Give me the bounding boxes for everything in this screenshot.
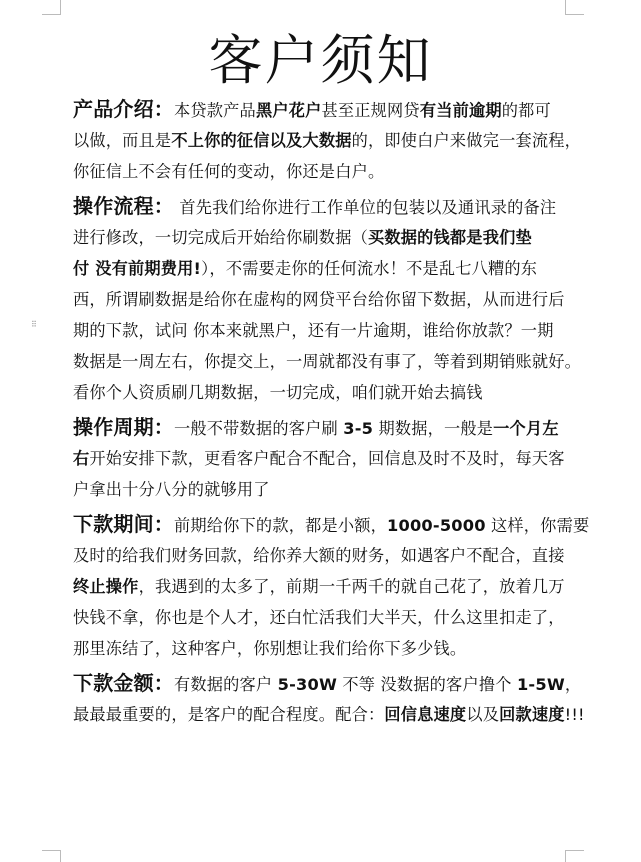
section-disbursement-period: 下款期间：前期给你下的款，都是小额，1000-5000 这样，你需要及时的给我们… <box>73 509 583 664</box>
section-disbursement-amount: 下款金额：有数据的客户 5-30W 不等 没数据的客户撸个 1-5W，最最最重要… <box>73 668 583 730</box>
text-line: 终止操作，我遇到的太多了，前期一千两千的就自己花了，放着几万 <box>73 571 583 602</box>
page-title: 客户须知 <box>0 18 641 95</box>
section-operation-process: 操作流程： 首先我们给你进行工作单位的包装以及通讯录的备注进行修改，一切完成后开… <box>73 191 583 408</box>
emphasized-text: 付 没有前期费用! <box>73 259 201 278</box>
text-line: 那里冻结了，这种客户，你别想让我们给你下多少钱。 <box>73 633 583 664</box>
body-text: 你征信上不会有任何的变动，你还是白户。 <box>73 162 384 181</box>
body-text: ， <box>565 675 581 694</box>
body-text: !!! <box>565 705 585 724</box>
text-line: 你征信上不会有任何的变动，你还是白户。 <box>73 156 583 187</box>
section-heading: 操作流程： <box>73 194 174 218</box>
body-text: 期数据，一般是 <box>373 419 493 438</box>
page-corner-mark-bottom-right <box>565 850 584 862</box>
body-text: 这样，你需要 <box>486 516 590 535</box>
drag-handle-icon[interactable]: ⠿ <box>31 323 39 337</box>
emphasized-text: 黑户花户 <box>256 101 322 120</box>
emphasized-text: 5-30W <box>278 675 337 694</box>
page-corner-mark-bottom-left <box>42 850 61 862</box>
emphasized-text: 买数据的钱都是我们垫 <box>368 228 532 247</box>
section-heading: 产品介绍： <box>73 97 174 121</box>
emphasized-text: 回信息速度 <box>384 705 466 724</box>
body-text: 快钱不拿，你也是个人才，还白忙活我们大半天，什么这里扣走了， <box>73 608 565 627</box>
body-text: 的，即使白户来做完一套流程， <box>352 131 581 150</box>
text-line: 期的下款，试问 你本来就黑户，还有一片逾期，谁给你放款？一期 <box>73 315 583 346</box>
section-operation-cycle: 操作周期：一般不带数据的客户刷 3-5 期数据，一般是一个月左右开始安排下款，更… <box>73 412 583 505</box>
body-text: 数据是一周左右，你提交上，一周就都没有事了，等着到期销账就好。 <box>73 352 581 371</box>
text-line: 产品介绍：本贷款产品黑户花户甚至正规网贷有当前逾期的都可 <box>73 94 583 125</box>
body-text: 那里冻结了，这种客户，你别想让我们给你下多少钱。 <box>73 639 466 658</box>
body-text: 进行修改，一切完成后开始给你刷数据（ <box>73 228 368 247</box>
body-text: 本贷款产品 <box>174 101 256 120</box>
body-text: 首先我们给你进行工作单位的包装以及通讯录的备注 <box>174 198 556 217</box>
text-line: 进行修改，一切完成后开始给你刷数据（买数据的钱都是我们垫 <box>73 222 583 253</box>
page-corner-mark-top-right <box>565 0 584 15</box>
emphasized-text: 3-5 <box>343 419 373 438</box>
page-corner-mark-top-left <box>42 0 61 15</box>
document-body: 产品介绍：本贷款产品黑户花户甚至正规网贷有当前逾期的都可以做，而且是不上你的征信… <box>73 94 583 734</box>
emphasized-text: 有当前逾期 <box>420 101 502 120</box>
emphasized-text: 右 <box>73 449 89 468</box>
body-text: 一般不带数据的客户刷 <box>174 419 343 438</box>
body-text: 西，所谓刷数据是给你在虚构的网贷平台给你留下数据，从而进行后 <box>73 290 565 309</box>
emphasized-text: 1-5W <box>517 675 565 694</box>
section-heading: 下款金额： <box>73 671 174 695</box>
emphasized-text: 终止操作 <box>73 577 139 596</box>
emphasized-text: 不上你的征信以及大数据 <box>171 131 351 150</box>
text-line: 快钱不拿，你也是个人才，还白忙活我们大半天，什么这里扣走了， <box>73 602 583 633</box>
section-heading: 下款期间： <box>73 512 174 536</box>
section-product-intro: 产品介绍：本贷款产品黑户花户甚至正规网贷有当前逾期的都可以做，而且是不上你的征信… <box>73 94 583 187</box>
emphasized-text: 一个月左 <box>493 419 559 438</box>
emphasized-text: 1000-5000 <box>387 516 486 535</box>
text-line: 及时的给我们财务回款，给你养大额的财务，如遇客户不配合，直接 <box>73 540 583 571</box>
text-line: 付 没有前期费用!），不需要走你的任何流水！不是乱七八糟的东 <box>73 253 583 284</box>
body-text: 以做，而且是 <box>73 131 171 150</box>
section-heading: 操作周期： <box>73 415 174 439</box>
body-text: 最最最重要的，是客户的配合程度。配合： <box>73 705 384 724</box>
text-line: 右开始安排下款，更看客户配合不配合，回信息及时不及时，每天客 <box>73 443 583 474</box>
text-line: 下款金额：有数据的客户 5-30W 不等 没数据的客户撸个 1-5W， <box>73 668 583 699</box>
body-text: 有数据的客户 <box>174 675 278 694</box>
body-text: 前期给你下的款，都是小额， <box>174 516 387 535</box>
body-text: ），不需要走你的任何流水！不是乱七八糟的东 <box>201 259 537 278</box>
body-text: 户拿出十分八分的就够用了 <box>73 480 270 499</box>
text-line: 下款期间：前期给你下的款，都是小额，1000-5000 这样，你需要 <box>73 509 583 540</box>
body-text: 不等 没数据的客户撸个 <box>337 675 517 694</box>
body-text: 期的下款，试问 你本来就黑户，还有一片逾期，谁给你放款？一期 <box>73 321 554 340</box>
text-line: 户拿出十分八分的就够用了 <box>73 474 583 505</box>
body-text: 开始安排下款，更看客户配合不配合，回信息及时不及时，每天客 <box>89 449 564 468</box>
emphasized-text: 回款速度 <box>499 705 565 724</box>
text-line: 操作流程： 首先我们给你进行工作单位的包装以及通讯录的备注 <box>73 191 583 222</box>
text-line: 最最最重要的，是客户的配合程度。配合：回信息速度以及回款速度!!! <box>73 699 583 730</box>
body-text: 看你个人资质刷几期数据，一切完成，咱们就开始去搞钱 <box>73 383 483 402</box>
text-line: 数据是一周左右，你提交上，一周就都没有事了，等着到期销账就好。 <box>73 346 583 377</box>
body-text: ，我遇到的太多了，前期一千两千的就自己花了，放着几万 <box>139 577 565 596</box>
text-line: 西，所谓刷数据是给你在虚构的网贷平台给你留下数据，从而进行后 <box>73 284 583 315</box>
body-text: 甚至正规网贷 <box>322 101 420 120</box>
text-line: 操作周期：一般不带数据的客户刷 3-5 期数据，一般是一个月左 <box>73 412 583 443</box>
body-text: 以及 <box>466 705 499 724</box>
body-text: 及时的给我们财务回款，给你养大额的财务，如遇客户不配合，直接 <box>73 546 565 565</box>
body-text: 的都可 <box>502 101 551 120</box>
text-line: 以做，而且是不上你的征信以及大数据的，即使白户来做完一套流程， <box>73 125 583 156</box>
text-line: 看你个人资质刷几期数据，一切完成，咱们就开始去搞钱 <box>73 377 583 408</box>
